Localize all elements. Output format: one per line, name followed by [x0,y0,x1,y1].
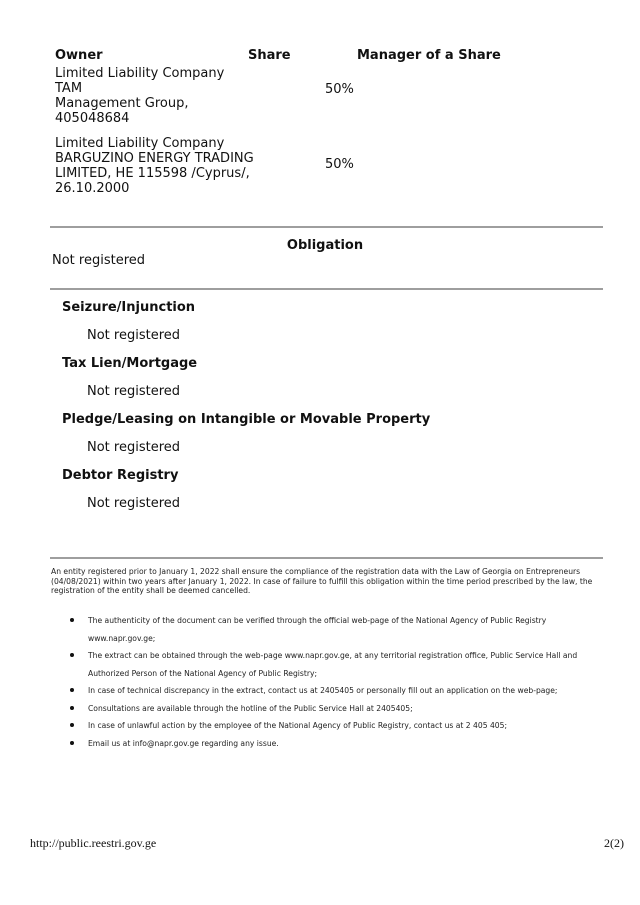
seizure-injunction-value: Not registered [87,328,180,344]
share-column-header: Share [248,48,291,64]
pledge-leasing-value: Not registered [87,440,180,456]
owner-name-line: Management Group, [55,96,255,111]
info-bullet-text: The authenticity of the document can be … [88,616,546,643]
info-bullet-text: In case of unlawful action by the employ… [88,721,507,730]
owner-share-2: 50% [325,157,354,172]
info-bullet-text: Email us at info@napr.gov.ge regarding a… [88,739,279,748]
info-bullet-text: The extract can be obtained through the … [88,651,577,678]
tax-lien-mortgage-heading: Tax Lien/Mortgage [62,356,197,372]
owner-name-line: LIMITED, HE 115598 /Cyprus/, [55,166,255,181]
owner-name-line: 26.10.2000 [55,181,255,196]
obligation-value: Not registered [52,253,145,269]
info-bullet: The authenticity of the document can be … [70,612,610,647]
owner-name-line: 405048684 [55,111,255,126]
obligation-heading: Obligation [0,238,640,254]
footer-url: http://public.reestri.gov.ge [30,836,156,850]
owner-name-2: Limited Liability Company BARGUZINO ENER… [55,136,255,196]
manager-column-header: Manager of a Share [357,48,501,64]
info-bullet: The extract can be obtained through the … [70,647,610,682]
registration-notice: An entity registered prior to January 1,… [51,567,606,596]
owner-share-1: 50% [325,82,354,97]
owner-name-line: Limited Liability Company [55,136,255,151]
divider [50,226,603,228]
seizure-injunction-heading: Seizure/Injunction [62,300,195,316]
owner-name-line: Limited Liability Company TAM [55,66,255,96]
info-bullet-list: The authenticity of the document can be … [70,612,610,752]
owner-name-1: Limited Liability Company TAM Management… [55,66,255,126]
debtor-registry-value: Not registered [87,496,180,512]
tax-lien-mortgage-value: Not registered [87,384,180,400]
debtor-registry-heading: Debtor Registry [62,468,178,484]
owner-column-header: Owner [55,48,103,64]
info-bullet: In case of unlawful action by the employ… [70,717,610,735]
pledge-leasing-heading: Pledge/Leasing on Intangible or Movable … [62,412,430,428]
info-bullet: In case of technical discrepancy in the … [70,682,610,700]
info-bullet: Consultations are available through the … [70,700,610,718]
info-bullet-text: Consultations are available through the … [88,704,413,713]
info-bullet-text: In case of technical discrepancy in the … [88,686,557,695]
info-bullet: Email us at info@napr.gov.ge regarding a… [70,735,610,753]
divider [50,557,603,559]
page-number: 2(2) [604,836,624,850]
owner-name-line: BARGUZINO ENERGY TRADING [55,151,255,166]
divider [50,288,603,290]
